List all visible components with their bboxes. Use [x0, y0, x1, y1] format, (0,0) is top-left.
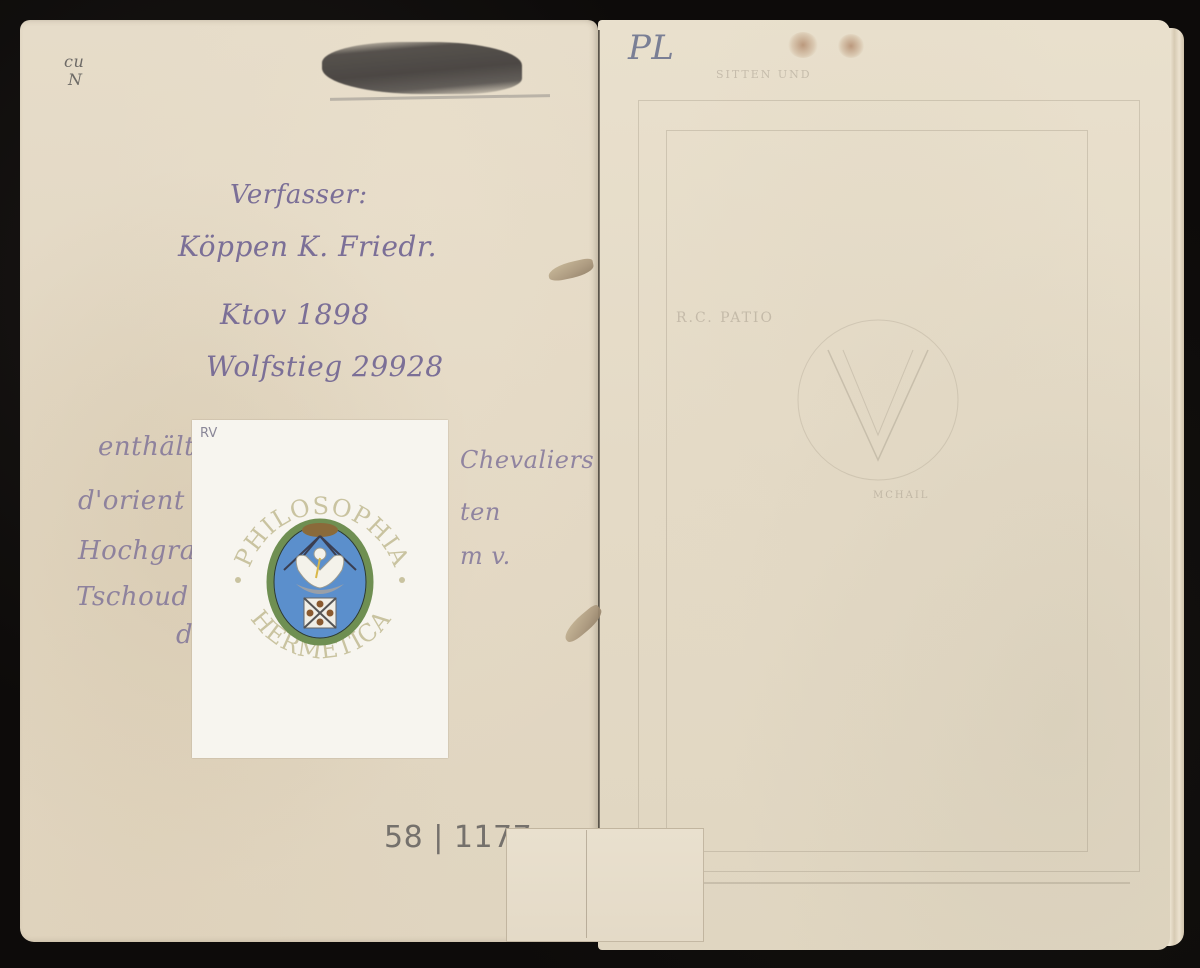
handwriting-line-5-left: enthält: [98, 432, 195, 462]
ghost-seal-icon: [778, 310, 978, 510]
corner-mark-line2: N: [68, 70, 83, 89]
philosophia-hermetica-emblem-icon: PHILOSOPHIA HERMETICA: [192, 420, 448, 758]
bookplate-ex-libris: RV PHILOSOPHIA HERMETICA: [192, 420, 448, 758]
pencil-scribble-redaction: [322, 42, 522, 94]
ghost-lower-rule: [698, 882, 1130, 884]
handwriting-line-6-right: ten: [460, 498, 501, 526]
right-corner-mark: PL: [628, 28, 674, 68]
corner-mark-line1: cu: [64, 52, 84, 71]
handwriting-line-4: Wolfstieg 29928: [206, 350, 444, 383]
handwriting-line-1: Verfasser:: [230, 180, 368, 210]
handwriting-line-2: Köppen K. Friedr.: [178, 230, 437, 263]
ghost-seal-text: MCHAIL: [873, 490, 929, 501]
handwriting-line-6-left: d'orient: [78, 486, 185, 516]
stain: [788, 32, 818, 58]
right-page: PL SITTEN UND R.C. PATIO MCHAIL: [598, 20, 1170, 950]
handwriting-line-7-left: Hochgra: [78, 536, 196, 566]
handwriting-line-9-left: d: [176, 620, 193, 650]
ghost-left-label: R.C. PATIO: [676, 310, 774, 326]
patch-seam: [586, 830, 587, 938]
ghost-heading: SITTEN UND: [716, 68, 812, 81]
handwriting-line-5-right: Chevaliers: [460, 446, 594, 474]
stain: [838, 34, 864, 58]
paper-patch: [506, 828, 704, 942]
handwriting-line-3: Ktov 1898: [220, 298, 370, 331]
handwriting-line-8-left: Tschoud: [76, 582, 189, 612]
handwriting-line-7-right: m v.: [460, 542, 511, 570]
